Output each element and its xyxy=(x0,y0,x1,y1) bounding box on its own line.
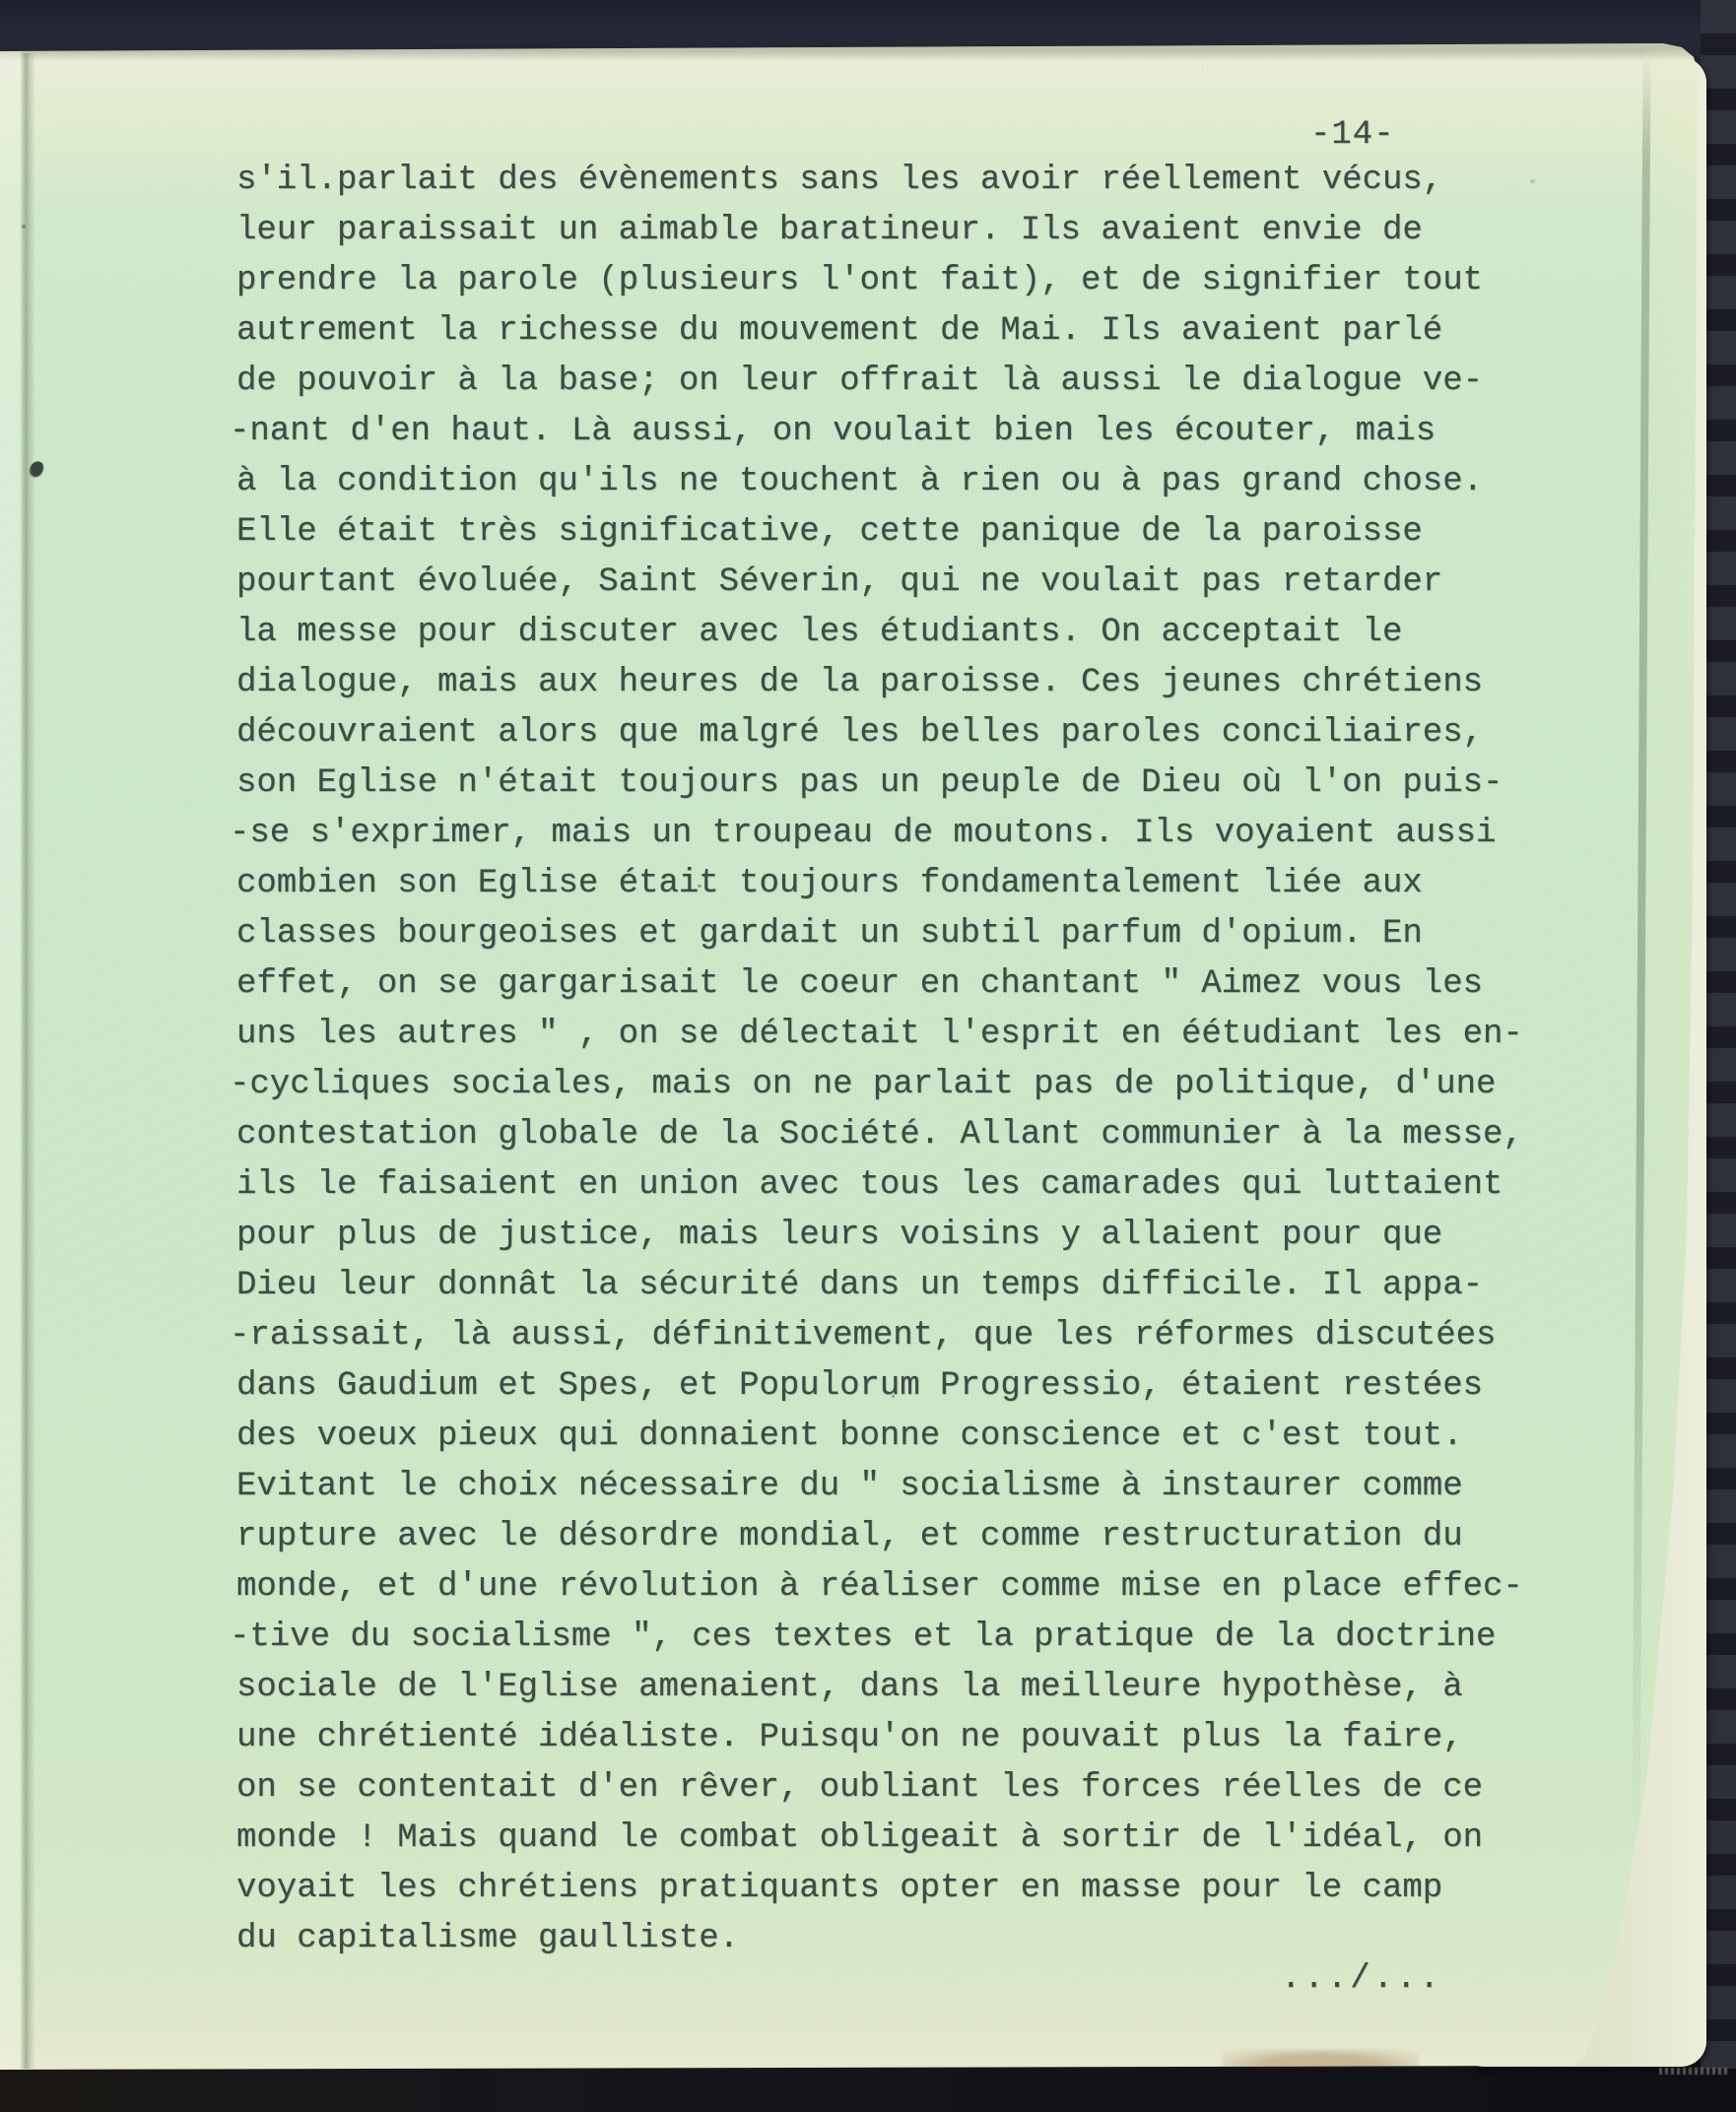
text-line: prendre la parole (plusieurs l'ont fait)… xyxy=(236,256,1616,306)
continuation-mark: .../... xyxy=(1281,1960,1442,1998)
text-line: Dieu leur donnât la sécurité dans un tem… xyxy=(236,1261,1616,1311)
text-line: -raissait, là aussi, définitivement, que… xyxy=(230,1311,1609,1361)
text-line: voyait les chrétiens pratiquants opter e… xyxy=(236,1864,1616,1914)
text-line: leur paraissait un aimable baratineur. I… xyxy=(236,206,1616,256)
text-line: dialogue, mais aux heures de la paroisse… xyxy=(236,658,1616,708)
edge-microtext xyxy=(1659,2068,1730,2075)
text-line: monde ! Mais quand le combat obligeait à… xyxy=(236,1814,1616,1864)
speck xyxy=(698,885,701,888)
text-line: on se contentait d'en rêver, oubliant le… xyxy=(236,1763,1616,1814)
text-line: Elle était très significative, cette pan… xyxy=(236,507,1616,558)
scanned-document: -14- s'il.parlait des évènements sans le… xyxy=(0,0,1736,2112)
text-line: sociale de l'Eglise amenaient, dans la m… xyxy=(236,1663,1616,1713)
page-number: -14- xyxy=(1310,116,1395,154)
text-line: la messe pour discuter avec les étudiant… xyxy=(236,608,1616,658)
text-line: ils le faisaient en union avec tous les … xyxy=(236,1160,1616,1211)
text-line: -cycliques sociales, mais on ne parlait … xyxy=(230,1060,1609,1110)
text-line: découvraient alors que malgré les belles… xyxy=(236,708,1616,759)
speck xyxy=(892,1395,895,1398)
text-line: à la condition qu'ils ne touchent à rien… xyxy=(236,457,1616,507)
background-bottom xyxy=(0,2069,1736,2112)
text-line: dans Gaudium et Spes, et Populorum Progr… xyxy=(236,1361,1616,1412)
text-line: classes bourgeoises et gardait un subtil… xyxy=(236,909,1616,959)
text-line: rupture avec le désordre mondial, et com… xyxy=(236,1512,1616,1562)
body-text: s'il.parlait des évènements sans les avo… xyxy=(236,156,1616,1964)
text-line: -nant d'en haut. Là aussi, on voulait bi… xyxy=(230,407,1609,457)
text-line: effet, on se gargarisait le coeur en cha… xyxy=(236,959,1616,1010)
text-line: une chrétienté idéaliste. Puisqu'on ne p… xyxy=(236,1713,1616,1763)
text-line: des voeux pieux qui donnaient bonne cons… xyxy=(236,1412,1616,1462)
text-line: uns les autres " , on se délectait l'esp… xyxy=(236,1010,1616,1060)
text-line: pour plus de justice, mais leurs voisins… xyxy=(236,1211,1616,1261)
text-line: autrement la richesse du mouvement de Ma… xyxy=(236,306,1616,357)
text-line: combien son Eglise était toujours fondam… xyxy=(236,859,1616,909)
text-line: de pouvoir à la base; on leur offrait là… xyxy=(236,357,1616,407)
document-page: -14- s'il.parlait des évènements sans le… xyxy=(0,0,1736,2112)
gutter-crease xyxy=(20,53,35,2069)
speck xyxy=(1530,179,1535,183)
text-line: du capitalisme gaulliste. xyxy=(236,1914,1616,1964)
text-line: monde, et d'une révolution à réaliser co… xyxy=(236,1562,1616,1613)
text-line: son Eglise n'était toujours pas un peupl… xyxy=(236,759,1616,809)
text-line: contestation globale de la Société. Alla… xyxy=(236,1110,1616,1160)
left-page-edge xyxy=(0,51,22,2070)
text-line: pourtant évoluée, Saint Séverin, qui ne … xyxy=(236,558,1616,608)
text-line: Evitant le choix nécessaire du " sociali… xyxy=(236,1462,1616,1512)
speck xyxy=(22,225,26,229)
text-line: s'il.parlait des évènements sans les avo… xyxy=(236,156,1616,206)
text-line: -tive du socialisme ", ces textes et la … xyxy=(230,1613,1609,1663)
text-line: -se s'exprimer, mais un troupeau de mout… xyxy=(230,809,1609,859)
